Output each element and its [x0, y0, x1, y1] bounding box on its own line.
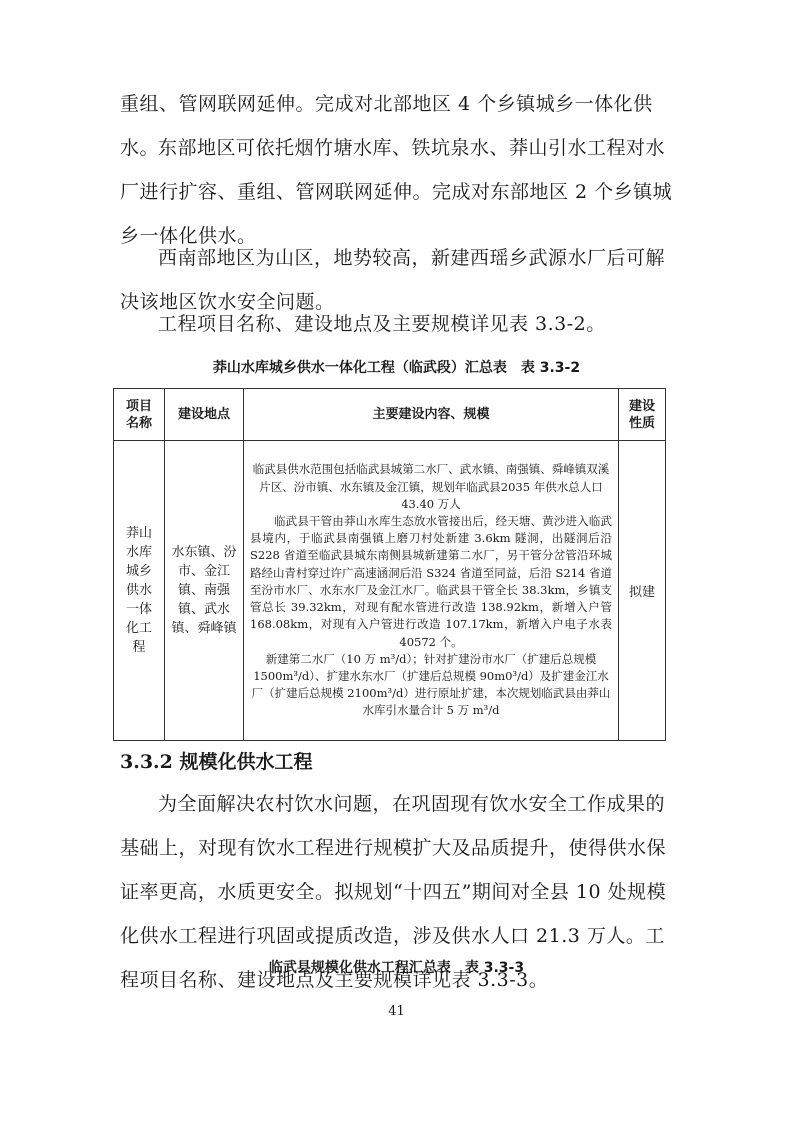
cell-location: 水东镇、汾市、金江镇、南强镇、武水镇、舜峰镇 [165, 441, 244, 741]
cell-content: 临武县供水范围包括临武县城第二水厂、武水镇、南强镇、舜峰镇双溪片区、汾市镇、水东… [244, 441, 619, 741]
header-nature: 建设 性质 [619, 389, 666, 441]
table-3-3-3-caption: 临武县规模化供水工程汇总表 表 3.3-3 [0, 957, 793, 977]
page-number: 41 [0, 1004, 793, 1019]
header-line: 项目 [114, 398, 164, 415]
content-pipeline: 临武县干管由莽山水库生态放水管接出后，经天塘、黄沙进入临武县境内，于临武县南强镇… [250, 513, 612, 651]
cell-project-name: 莽山水库城乡供水一体化工程 [114, 441, 165, 741]
header-line: 建设 [619, 398, 665, 415]
content-scope: 临武县供水范围包括临武县城第二水厂、武水镇、南强镇、舜峰镇双溪片区、汾市镇、水东… [250, 461, 612, 513]
content-plants: 新建第二水厂（10 万 m³/d）；针对扩建汾市水厂（扩建后总规模 1500m³… [250, 651, 612, 720]
table-3-3-2: 项目 名称 建设地点 主要建设内容、规模 建设 性质 莽山水库城乡供水一体化工程… [113, 388, 666, 741]
header-line: 名称 [114, 415, 164, 432]
header-location: 建设地点 [165, 389, 244, 441]
cell-nature: 拟建 [619, 441, 666, 741]
header-line: 性质 [619, 415, 665, 432]
document-page: 重组、管网联网延伸。完成对北部地区 4 个乡镇城乡一体化供水。 东部地区可依托烟… [0, 0, 793, 1122]
table-3-3-2-caption: 莽山水库城乡供水一体化工程（临武段）汇总表 表 3.3-2 [0, 357, 793, 377]
table-header-row: 项目 名称 建设地点 主要建设内容、规模 建设 性质 [114, 389, 666, 441]
header-content: 主要建设内容、规模 [244, 389, 619, 441]
paragraph-table-reference: 工程项目名称、建设地点及主要规模详见表 3.3-2。 [120, 302, 675, 346]
section-heading: 3.3.2 规模化供水工程 [120, 747, 313, 774]
table-row: 莽山水库城乡供水一体化工程 水东镇、汾市、金江镇、南强镇、武水镇、舜峰镇 临武县… [114, 441, 666, 741]
header-project-name: 项目 名称 [114, 389, 165, 441]
